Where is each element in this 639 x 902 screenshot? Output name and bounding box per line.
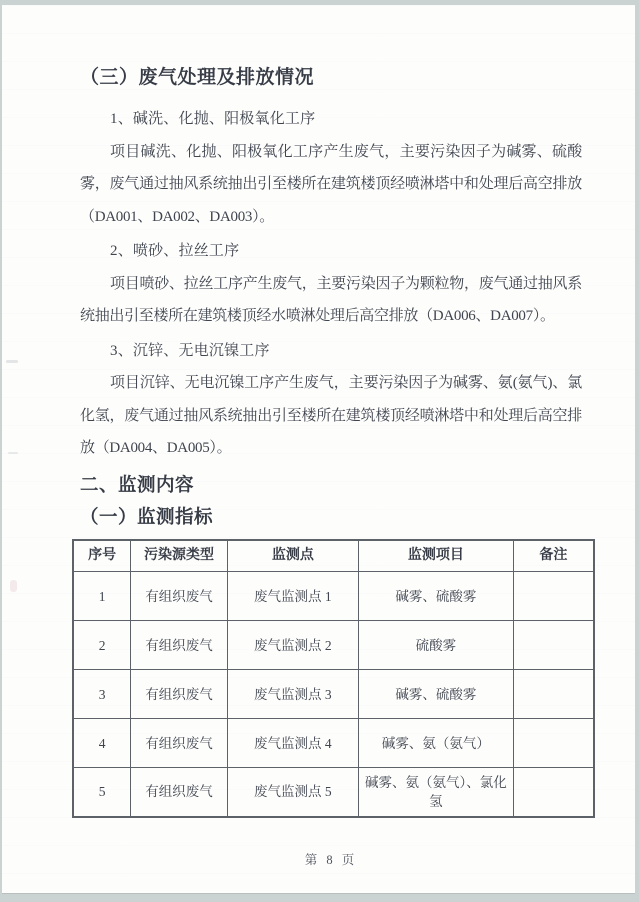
subsection-title-alkali-wash-process: 1、碱洗、化抛、阳极氧化工序 bbox=[80, 103, 582, 136]
table-row: 5有组织废气废气监测点 5碱雾、氨（氨气）、氯化氢 bbox=[73, 768, 594, 817]
monitoring-indicators-table: 序号污染源类型监测点监测项目备注 1有组织废气废气监测点 1碱雾、硫酸雾2有组织… bbox=[72, 539, 595, 818]
table-cell: 废气监测点 5 bbox=[227, 768, 358, 817]
table-cell: 废气监测点 2 bbox=[227, 621, 358, 670]
table-cell: 2 bbox=[73, 621, 131, 670]
table-header-cell: 备注 bbox=[513, 540, 594, 572]
table-cell bbox=[513, 621, 594, 670]
table-row: 2有组织废气废气监测点 2硫酸雾 bbox=[73, 621, 594, 670]
table-cell: 有组织废气 bbox=[131, 670, 227, 719]
subsection-title-monitoring-indicators: （一）监测指标 bbox=[80, 503, 582, 533]
table-cell: 废气监测点 4 bbox=[227, 719, 358, 768]
table-row: 4有组织废气废气监测点 4碱雾、氨（氨气） bbox=[73, 719, 594, 768]
table-cell: 废气监测点 1 bbox=[227, 572, 358, 621]
table-cell: 碱雾、硫酸雾 bbox=[358, 670, 513, 719]
table-row: 1有组织废气废气监测点 1碱雾、硫酸雾 bbox=[73, 572, 594, 621]
table-header-cell: 监测点 bbox=[227, 540, 358, 572]
subsection-title-zinc-nickel-process: 3、沉锌、无电沉镍工序 bbox=[80, 335, 582, 368]
section-title-monitoring-content: 二、监测内容 bbox=[80, 471, 582, 501]
table-cell: 1 bbox=[73, 572, 131, 621]
table-header-row: 序号污染源类型监测点监测项目备注 bbox=[73, 540, 594, 572]
page-number: 第 8 页 bbox=[80, 850, 582, 870]
table-cell: 4 bbox=[73, 719, 131, 768]
table-cell: 5 bbox=[73, 768, 131, 817]
table-cell: 碱雾、氨（氨气） bbox=[358, 719, 513, 768]
table-header-cell: 监测项目 bbox=[358, 540, 513, 572]
subsection-title-sandblasting-process: 2、喷砂、拉丝工序 bbox=[80, 235, 582, 268]
paragraph-alkali-wash-process: 项目碱洗、化抛、阳极氧化工序产生废气，主要污染因子为碱雾、硫酸雾，废气通过抽风系… bbox=[80, 136, 582, 234]
table-cell bbox=[513, 768, 594, 817]
table-cell: 碱雾、硫酸雾 bbox=[358, 572, 513, 621]
table-row: 3有组织废气废气监测点 3碱雾、硫酸雾 bbox=[73, 670, 594, 719]
table-header-cell: 污染源类型 bbox=[131, 540, 227, 572]
table-cell: 有组织废气 bbox=[131, 572, 227, 621]
section-title-waste-gas-treatment: （三）废气处理及排放情况 bbox=[80, 65, 582, 89]
paragraph-sandblasting-process: 项目喷砂、拉丝工序产生废气，主要污染因子为颗粒物，废气通过抽风系统抽出引至楼所在… bbox=[80, 268, 582, 333]
table-cell bbox=[513, 670, 594, 719]
table-cell bbox=[513, 572, 594, 621]
table-cell: 3 bbox=[73, 670, 131, 719]
table-cell: 废气监测点 3 bbox=[227, 670, 358, 719]
table-cell: 有组织废气 bbox=[131, 719, 227, 768]
table-header-cell: 序号 bbox=[73, 540, 131, 572]
table-body: 1有组织废气废气监测点 1碱雾、硫酸雾2有组织废气废气监测点 2硫酸雾3有组织废… bbox=[73, 572, 594, 817]
document-content: （三）废气处理及排放情况 1、碱洗、化抛、阳极氧化工序 项目碱洗、化抛、阳极氧化… bbox=[2, 5, 635, 870]
table-cell: 有组织废气 bbox=[131, 621, 227, 670]
table-cell: 有组织废气 bbox=[131, 768, 227, 817]
table-cell: 碱雾、氨（氨气）、氯化氢 bbox=[358, 768, 513, 817]
scanned-page: （三）废气处理及排放情况 1、碱洗、化抛、阳极氧化工序 项目碱洗、化抛、阳极氧化… bbox=[2, 5, 635, 894]
paragraph-zinc-nickel-process: 项目沉锌、无电沉镍工序产生废气，主要污染因子为碱雾、氨(氨气)、氯化氢，废气通过… bbox=[80, 367, 582, 465]
table-cell: 硫酸雾 bbox=[358, 621, 513, 670]
table-cell bbox=[513, 719, 594, 768]
